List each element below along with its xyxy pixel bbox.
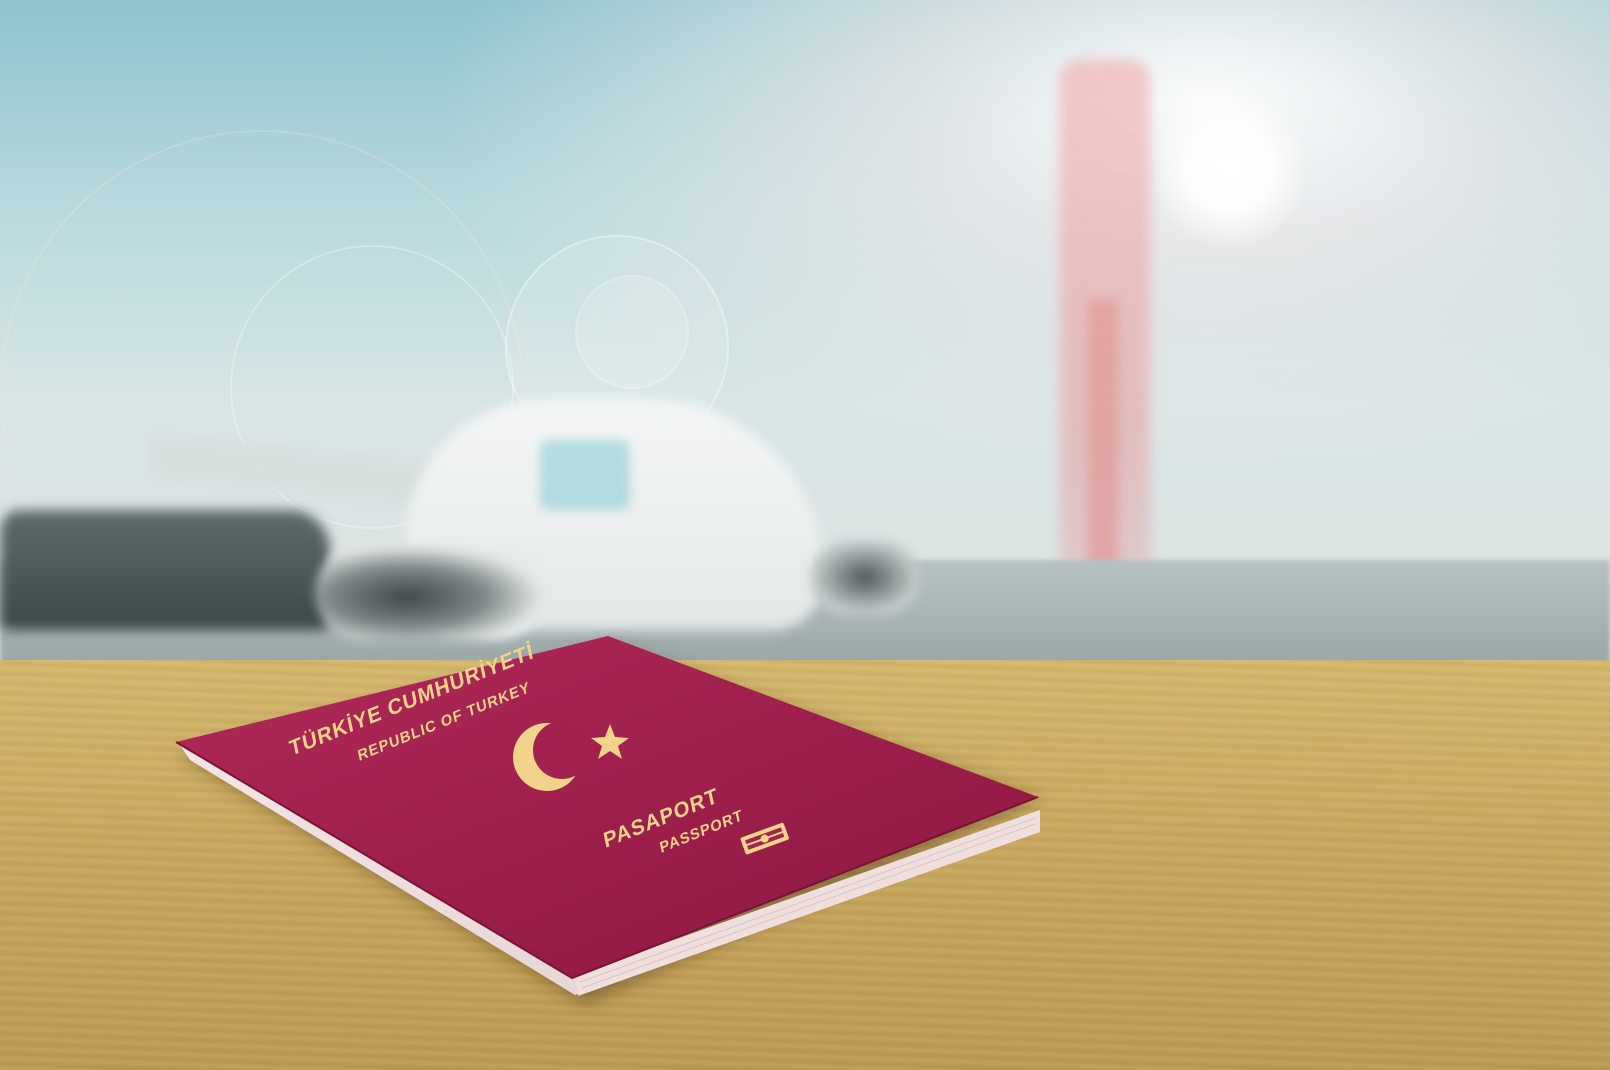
photo-scene: TÜRKİYE CUMHURİYETİ REPUBLIC OF TURKEY P… xyxy=(0,0,1610,1070)
passport-shape xyxy=(0,0,1610,1070)
passport: TÜRKİYE CUMHURİYETİ REPUBLIC OF TURKEY P… xyxy=(0,0,1610,1070)
